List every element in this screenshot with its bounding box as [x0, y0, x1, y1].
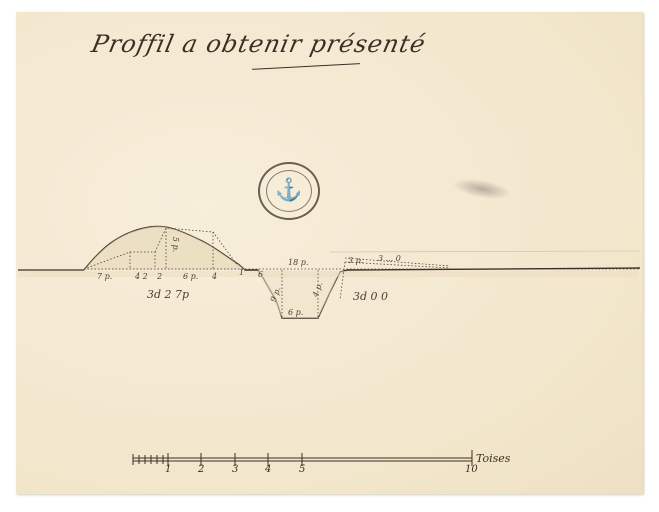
mound-shading — [84, 226, 245, 270]
label-glacis-base: 7 p. — [97, 272, 112, 281]
label-counterscarp: 3 p. — [348, 256, 363, 265]
label-ditch-bottom: 6 p. — [288, 308, 303, 317]
scale-tick-5: 5 — [299, 464, 305, 475]
scale-tick-4: 4 — [265, 464, 271, 475]
label-covered-way: 3 ... 0 — [378, 254, 401, 263]
label-banquette: 6 p. — [183, 272, 198, 281]
scale-tick-2: 2 — [198, 464, 204, 475]
label-depth-right: 3d 0 0 — [353, 290, 388, 303]
label-berm2: 6 — [258, 270, 263, 279]
scale-tick-10: 10 — [465, 464, 478, 475]
scale-tick-1: 1 — [165, 464, 171, 475]
fortification-profile-drawing — [0, 0, 659, 512]
label-parapet-height: 5 p. — [171, 237, 180, 252]
label-talus: 4 — [212, 272, 217, 281]
label-depth-left: 3d 2 7p — [147, 288, 189, 301]
label-ditch-top: 18 p. — [288, 258, 308, 267]
guide-line — [330, 251, 640, 252]
label-glacis-mid: 4 2 — [135, 272, 148, 281]
label-berm: 1 — [239, 268, 244, 277]
scale-unit-label: Toises — [476, 452, 510, 465]
label-glacis-crest: 2 — [157, 272, 162, 281]
scale-tick-3: 3 — [232, 464, 238, 475]
